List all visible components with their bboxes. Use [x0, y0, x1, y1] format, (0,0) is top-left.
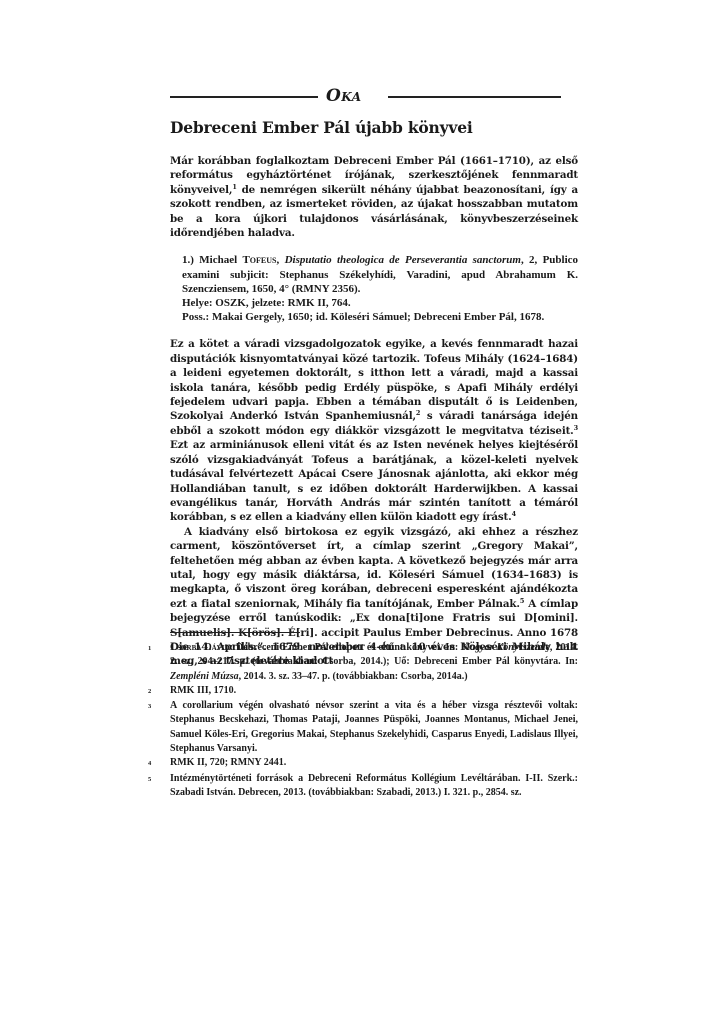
entry-location: Helye: OSZK, jelzete: RMK II, 764. — [182, 296, 578, 310]
footnote-3: 3 A corollarium végén olvasható névsor s… — [148, 699, 578, 756]
entry-citation: 1.) Michael Tofeus, Disputatio theologic… — [182, 253, 578, 296]
footnote-author: Csorba Dávid — [170, 642, 230, 653]
footnote-text: Intézménytörténeti források a Debreceni … — [170, 772, 578, 801]
journal-title: Magyar Könyvszemle — [461, 642, 550, 653]
journal-title: Zempléni Múzsa — [170, 671, 239, 682]
footnote-ref-4[interactable]: 4 — [512, 510, 516, 518]
footnote-4: 4 RMK II, 720; RMNY 2441. — [148, 756, 578, 771]
footnote-number: 1 — [148, 641, 170, 684]
footnote-1: 1 Csorba Dávid: Debreceni Ember Pál ello… — [148, 641, 578, 684]
footnote-text: A corollarium végén olvasható névsor sze… — [170, 699, 578, 756]
intro-paragraph: Már korábban foglalkoztam Debreceni Embe… — [170, 154, 578, 240]
section-header: Oka — [170, 86, 578, 108]
header-rule-left — [170, 96, 318, 98]
footnote-2: 2 RMK III, 1710. — [148, 684, 578, 699]
footnote-number: 2 — [148, 684, 170, 699]
footnote-ref-3[interactable]: 3 — [574, 424, 578, 432]
header-rule-right — [388, 96, 561, 98]
footnote-text: Csorba Dávid: Debreceni Ember Pál ellopo… — [170, 641, 578, 684]
section-title: Oka — [326, 86, 362, 106]
footnote-number: 3 — [148, 699, 170, 756]
entry-author-last: Tofeus — [242, 254, 276, 266]
entry-title: Disputatio theologica de Perseverantia s… — [285, 254, 521, 266]
entry-author-first: Michael — [199, 254, 237, 266]
footnote-5: 5 Intézménytörténeti források a Debrecen… — [148, 772, 578, 801]
footnote-number: 5 — [148, 772, 170, 801]
footnote-text: RMK III, 1710. — [170, 684, 578, 699]
para2-text-c: Ezt az arminiánusok elleni vitát és az I… — [170, 439, 578, 523]
body-paragraph-2: Ez a kötet a váradi vizsgadolgozatok egy… — [170, 337, 578, 524]
entry-number: 1.) — [182, 254, 194, 266]
para3-text-a: A kiadvány első birtokosa ez egyik vizsg… — [170, 526, 578, 610]
footnote-text: RMK II, 720; RMNY 2441. — [170, 756, 578, 771]
page: Oka Debreceni Ember Pál újabb könyvei Má… — [170, 86, 578, 679]
catalog-entry: 1.) Michael Tofeus, Disputatio theologic… — [182, 253, 578, 324]
footnote-separator — [170, 632, 300, 633]
footnotes: 1 Csorba Dávid: Debreceni Ember Pál ello… — [148, 641, 578, 800]
entry-provenance: Poss.: Makai Gergely, 1650; id. Köleséri… — [182, 310, 578, 324]
footnote-text-c: , 2014. 3. sz. 33–47. p. (továbbiakban: … — [239, 671, 468, 682]
footnote-number: 4 — [148, 756, 170, 771]
article-title: Debreceni Ember Pál újabb könyvei — [170, 118, 578, 137]
footnote-text-a: : Debreceni Ember Pál ellopott és eltűnt… — [230, 642, 462, 653]
